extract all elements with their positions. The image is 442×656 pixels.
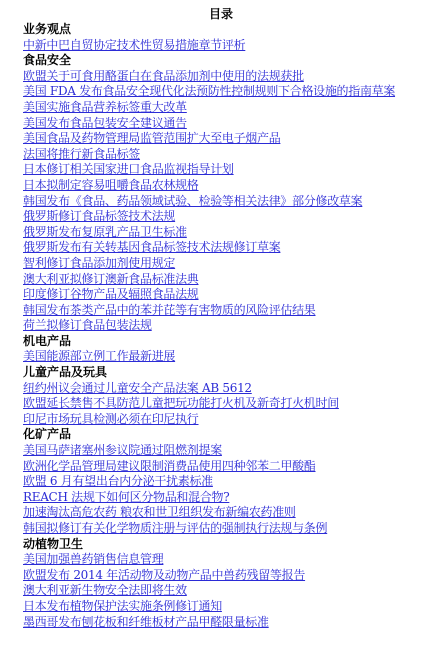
section-heading: 业务观点 (23, 22, 442, 38)
toc-link[interactable]: 韩国发布茶类产品中的苯并芘等有害物质的风险评估结果 (23, 303, 442, 319)
toc-link[interactable]: 美国马萨诸塞州参议院通过阻燃剂提案 (23, 443, 442, 459)
toc-link[interactable]: 纽约州议会通过儿童安全产品法案 AB 5612 (23, 381, 442, 397)
toc-link[interactable]: 日本拟制定容易咀嚼食品农林规格 (23, 178, 442, 194)
page-title: 目录 (0, 6, 442, 22)
toc-link[interactable]: 韩国发布《食品、药品领域试验、检验等相关法律》部分修改草案 (23, 194, 442, 210)
toc-link[interactable]: 俄罗斯发布复原乳产品卫生标准 (23, 225, 442, 241)
toc-link[interactable]: 美国加强兽药销售信息管理 (23, 552, 442, 568)
toc-link[interactable]: 美国食品及药物管理局监管范围扩大至电子烟产品 (23, 131, 442, 147)
toc-link[interactable]: 欧盟延长禁售不具防范儿童把玩功能打火机及新奇打火机时间 (23, 396, 442, 412)
section-heading: 化矿产品 (23, 427, 442, 443)
toc-link[interactable]: 澳大利亚拟修订澳新食品标准法典 (23, 272, 442, 288)
toc-link[interactable]: REACH 法规下如何区分物品和混合物? (23, 490, 442, 506)
toc-link[interactable]: 俄罗斯发布有关转基因食品标签技术法规修订草案 (23, 240, 442, 256)
toc-link[interactable]: 墨西哥发布刨花板和纤维板材产品甲醛限量标准 (23, 615, 442, 631)
section-heading: 机电产品 (23, 334, 442, 350)
toc-link[interactable]: 智利修订食品添加剂使用规定 (23, 256, 442, 272)
toc-link[interactable]: 中新中巴自贸协定技术性贸易措施章节评析 (23, 38, 442, 54)
toc-link[interactable]: 欧盟关于可食用酪蛋白在食品添加剂中使用的法规获批 (23, 69, 442, 85)
toc-link[interactable]: 加速淘汰高危农药 粮农和世卫组织发布新编农药准则 (23, 505, 442, 521)
toc-link[interactable]: 欧洲化学品管理局建议限制消费品使用四种邻苯二甲酸酯 (23, 459, 442, 475)
toc-link[interactable]: 日本修订相关国家进口食品监视指导计划 (23, 162, 442, 178)
toc-link[interactable]: 荷兰拟修订食品包装法规 (23, 318, 442, 334)
toc-link[interactable]: 澳大利亚新生物安全法即将生效 (23, 583, 442, 599)
toc-link[interactable]: 印尼市场玩具检测必须在印尼执行 (23, 412, 442, 428)
toc-link[interactable]: 印度修订谷物产品及辐照食品法规 (23, 287, 442, 303)
section-heading: 儿童产品及玩具 (23, 365, 442, 381)
toc-link[interactable]: 法国将推行新食品标签 (23, 147, 442, 163)
section-heading: 食品安全 (23, 53, 442, 69)
toc-link[interactable]: 欧盟 6 月有望出台内分泌干扰素标准 (23, 474, 442, 490)
toc-link[interactable]: 美国发布食品包装安全建议通告 (23, 116, 442, 132)
toc-link[interactable]: 日本发布植物保护法实施条例修订通知 (23, 599, 442, 615)
toc-link[interactable]: 俄罗斯修订食品标签技术法规 (23, 209, 442, 225)
toc-link[interactable]: 美国能源部立例工作最新进展 (23, 349, 442, 365)
section-heading: 动植物卫生 (23, 537, 442, 553)
table-of-contents: 目录 业务观点 中新中巴自贸协定技术性贸易措施章节评析 食品安全 欧盟关于可食用… (23, 6, 442, 630)
toc-link[interactable]: 美国 FDA 发布食品安全现代化法预防性控制规则下合格设施的指南草案 (23, 84, 442, 100)
toc-link[interactable]: 美国实施食品营养标签重大改革 (23, 100, 442, 116)
toc-link[interactable]: 欧盟发布 2014 年活动物及动物产品中兽药残留等报告 (23, 568, 442, 584)
toc-link[interactable]: 韩国拟修订有关化学物质注册与评估的强制执行法规与条例 (23, 521, 442, 537)
